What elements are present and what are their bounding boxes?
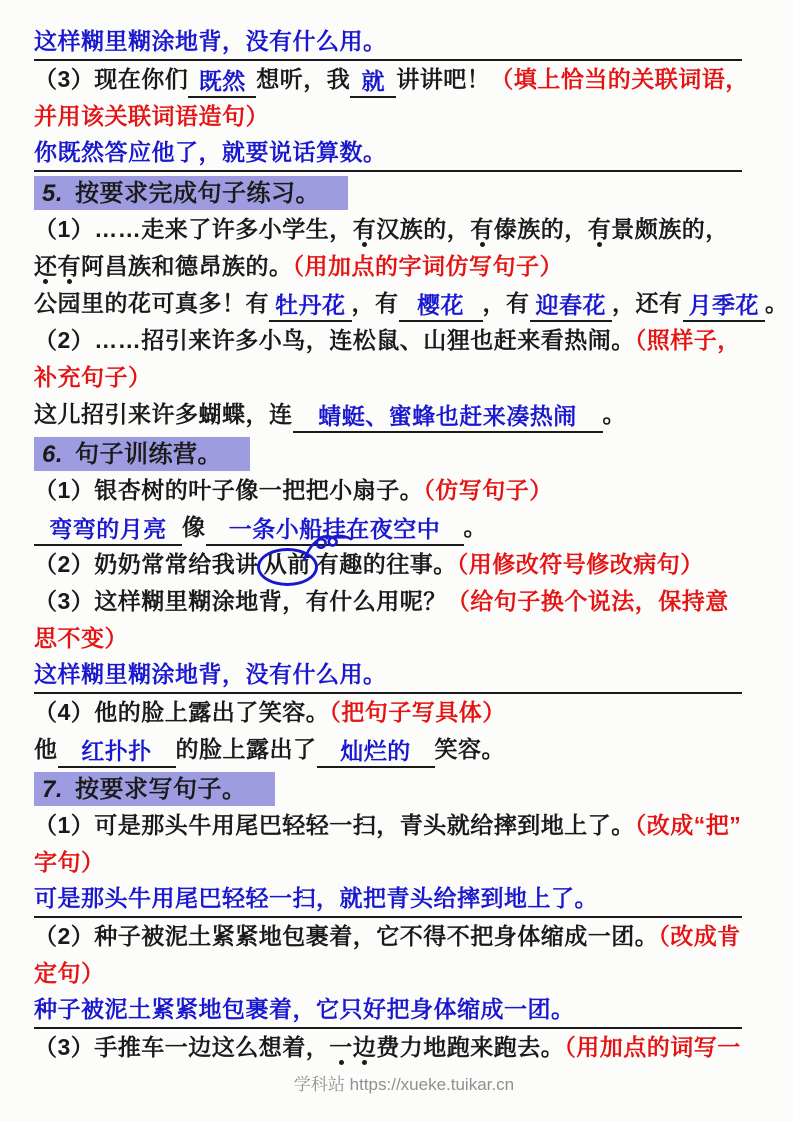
question-text: 他: [34, 736, 58, 762]
instruction-text: （给句子换个说法，保持意: [447, 588, 729, 614]
answer-blank: 樱花: [399, 288, 483, 322]
emphasis-dotted-text: 有: [470, 216, 494, 242]
section-number: 5.: [42, 180, 63, 207]
emphasis-dotted-text: 一边: [329, 1034, 376, 1060]
instruction-text: 字句）: [34, 849, 105, 875]
instruction-text: （用加点的字词仿写句子）: [293, 253, 564, 279]
question-text: 像: [182, 514, 206, 540]
answer-blank: 蜻蜓、蜜蜂也赶来凑热闹: [293, 399, 603, 433]
question-text: （1）可是那头牛用尾巴轻轻一扫，青头就给摔到地上了。: [34, 812, 635, 838]
question-6-3-line-1: （3）这样糊里糊涂地背，有什么用呢？（给句子换个说法，保持意: [34, 583, 789, 620]
question-text: （1）银杏树的叶子像一把把小扇子。: [34, 477, 423, 503]
question-text: 想听，我: [256, 66, 350, 92]
question-text: 这儿招引来许多蝴蝶，连: [34, 401, 293, 427]
question-text: 公园里的花可真多！有: [34, 290, 269, 316]
answer-line-7-1-ba-sentence: 可是那头牛用尾巴轻轻一扫，就把青头给摔到地上了。: [34, 881, 742, 918]
question-text: （3）手推车一边这么想着，: [34, 1034, 329, 1060]
question-text: 的脸上露出了: [176, 736, 317, 762]
answer-blank: 迎春花: [530, 288, 613, 322]
instruction-wrap-line: 思不变）: [34, 620, 789, 657]
question-text: 景颇族的，: [611, 216, 729, 242]
answer-blank: 月季花: [683, 288, 766, 322]
instruction-text: （填上恰当的关联词语，: [490, 66, 749, 92]
question-5-1-line-1: （1）……走来了许多小学生，有汉族的，有傣族的，有景颇族的，: [34, 211, 789, 248]
section-header-6: 6.句子训练营。: [34, 433, 789, 472]
answer-blank: 就: [350, 64, 396, 98]
answer-line-5-1-flowers: 公园里的花可真多！有牡丹花，有樱花，有迎春花，还有月季花。: [34, 285, 789, 322]
worksheet-body: 这样糊里糊涂地背，没有什么用。（3）现在你们既然想听，我就讲讲吧！（填上恰当的关…: [34, 24, 789, 1066]
question-text: 汉族的，: [376, 216, 470, 242]
instruction-text: 定句）: [34, 960, 105, 986]
instruction-text: （把句子写具体）: [329, 699, 506, 725]
answer-text: 你既然答应他了，就要说话算数。: [34, 139, 387, 165]
question-7-3-cart: （3）手推车一边这么想着，一边费力地跑来跑去。（用加点的词写一: [34, 1029, 789, 1066]
instruction-text: （改成“把”: [635, 812, 742, 838]
emphasis-dotted-text: 有: [588, 216, 612, 242]
section-number: 6.: [42, 441, 63, 468]
question-6-2-grandma-edit: （2）奶奶常常给我讲从前有趣的往事。（用修改符号修改病句）: [34, 546, 789, 583]
instruction-text: 并用该关联词语造句）: [34, 103, 269, 129]
instruction-text: （用加点的词写一: [564, 1034, 741, 1060]
question-text: （4）他的脸上露出了笑容。: [34, 699, 329, 725]
question-text: ，有: [352, 290, 399, 316]
answer-line-6-1-moon: 弯弯的月亮像一条小船挂在夜空中。: [34, 509, 789, 546]
question-text: ，有: [483, 290, 530, 316]
deletion-mark-icon: [302, 532, 360, 562]
answer-line-6-4-smile: 他红扑扑的脸上露出了灿烂的笑容。: [34, 731, 789, 768]
question-text: （2）奶奶常常给我讲: [34, 551, 259, 577]
answer-line-conjunction-sentence: 你既然答应他了，就要说话算数。: [34, 135, 742, 172]
emphasis-dotted-text: 有: [353, 216, 377, 242]
section-header-chip: 7.按要求写句子。: [34, 772, 275, 806]
answer-text: 可是那头牛用尾巴轻轻一扫，就把青头给摔到地上了。: [34, 885, 598, 911]
question-text: 阿昌族和德昂族的。: [81, 253, 293, 279]
answer-line-5-2-butterflies: 这儿招引来许多蝴蝶，连蜻蜓、蜜蜂也赶来凑热闹。: [34, 396, 789, 433]
section-title: 句子训练营。: [75, 441, 222, 468]
answer-line-6-3-rote: 这样糊里糊涂地背，没有什么用。: [34, 657, 742, 694]
question-text: 傣族的，: [494, 216, 588, 242]
instruction-text: 补充句子）: [34, 364, 152, 390]
watermark: 学科站 https://xueke.tuikar.cn: [34, 1070, 774, 1095]
question-7-1-line-1: （1）可是那头牛用尾巴轻轻一扫，青头就给摔到地上了。（改成“把”: [34, 807, 789, 844]
question-text: （1）……走来了许多小学生，: [34, 216, 353, 242]
section-header-5: 5.按要求完成句子练习。: [34, 172, 789, 211]
answer-blank: 灿烂的: [317, 734, 435, 768]
question-text: 费力地跑来跑去。: [376, 1034, 564, 1060]
instruction-text: 思不变）: [34, 625, 128, 651]
instruction-text: （用修改符号修改病句）: [457, 551, 704, 577]
answer-text: 这样糊里糊涂地背，没有什么用。: [34, 661, 387, 687]
question-5-2-line-1: （2）……招引来许多小鸟，连松鼠、山狸也赶来看热闹。（照样子，: [34, 322, 789, 359]
answer-text: 这样糊里糊涂地背，没有什么用。: [34, 28, 387, 54]
answer-line-rote-memorize-top: 这样糊里糊涂地背，没有什么用。: [34, 24, 742, 61]
question-text: 。: [603, 401, 627, 427]
section-title: 按要求写句子。: [75, 776, 247, 803]
answer-line-7-2-affirmative: 种子被泥土紧紧地包裹着，它只好把身体缩成一团。: [34, 992, 742, 1029]
instruction-wrap-line: 定句）: [34, 955, 789, 992]
question-6-1-ginkgo: （1）银杏树的叶子像一把把小扇子。（仿写句子）: [34, 472, 789, 509]
instruction-text: （改成肯: [658, 923, 741, 949]
section-header-chip: 5.按要求完成句子练习。: [34, 176, 348, 210]
question-6-4-smile: （4）他的脸上露出了笑容。（把句子写具体）: [34, 694, 789, 731]
question-text: 笑容。: [435, 736, 506, 762]
answer-blank: 既然: [188, 64, 256, 98]
answer-blank: 红扑扑: [58, 734, 176, 768]
question-3-conjunction-fill: （3）现在你们既然想听，我就讲讲吧！（填上恰当的关联词语，: [34, 61, 789, 98]
question-text: （3）现在你们: [34, 66, 188, 92]
question-text: 讲讲吧！: [396, 66, 490, 92]
instruction-text: （仿写句子）: [423, 477, 553, 503]
question-text: ，还有: [612, 290, 683, 316]
section-header-chip: 6.句子训练营。: [34, 437, 250, 471]
answer-blank: 牡丹花: [269, 288, 352, 322]
answer-blank: 弯弯的月亮: [34, 512, 182, 546]
question-5-1-line-2: 还有阿昌族和德昂族的。（用加点的字词仿写句子）: [34, 248, 789, 285]
question-text: 。: [464, 514, 488, 540]
question-text: （3）这样糊里糊涂地背，有什么用呢？: [34, 588, 447, 614]
question-7-2-line-1: （2）种子被泥土紧紧地包裹着，它不得不把身体缩成一团。（改成肯: [34, 918, 789, 955]
question-text: 。: [765, 290, 789, 316]
worksheet-page: 这样糊里糊涂地背，没有什么用。（3）现在你们既然想听，我就讲讲吧！（填上恰当的关…: [0, 0, 793, 1122]
emphasis-dotted-text: 还有: [34, 253, 81, 279]
instruction-text: （照样子，: [635, 327, 741, 353]
instruction-wrap-line: 补充句子）: [34, 359, 789, 396]
circled-delete-text: 从前: [259, 546, 316, 583]
question-text: （2）种子被泥土紧紧地包裹着，它不得不把身体缩成一团。: [34, 923, 658, 949]
instruction-wrap-line: 字句）: [34, 844, 789, 881]
section-title: 按要求完成句子练习。: [75, 180, 320, 207]
section-number: 7.: [42, 776, 63, 803]
instruction-wrap-line: 并用该关联词语造句）: [34, 98, 789, 135]
section-header-7: 7.按要求写句子。: [34, 768, 789, 807]
answer-text: 种子被泥土紧紧地包裹着，它只好把身体缩成一团。: [34, 996, 575, 1022]
question-text: （2）……招引来许多小鸟，连松鼠、山狸也赶来看热闹。: [34, 327, 635, 353]
